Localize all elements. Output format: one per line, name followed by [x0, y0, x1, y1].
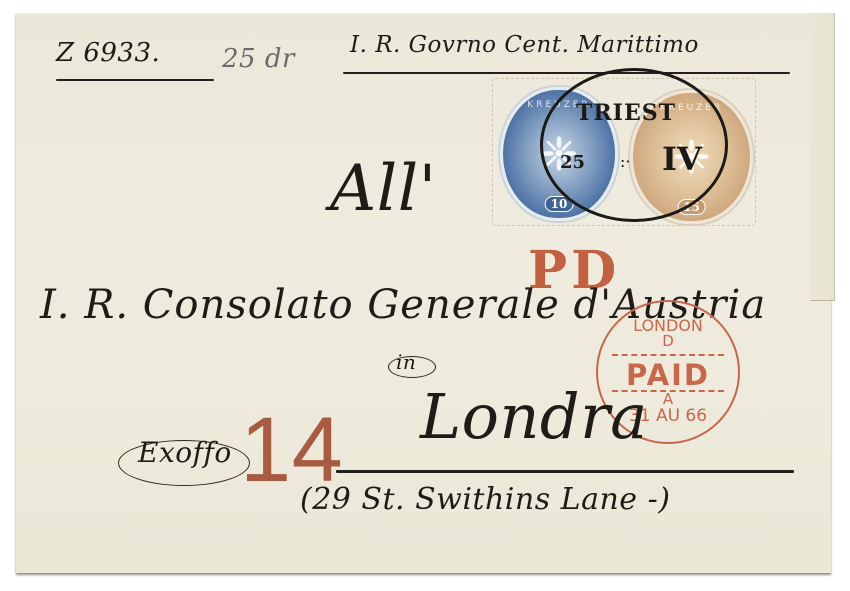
trieste-cancel-day: 25: [560, 152, 585, 173]
trieste-cancel-month: IV: [662, 140, 702, 178]
sender-underline: [343, 72, 790, 74]
sender-line: I. R. Govrno Cent. Marittimo: [350, 32, 699, 58]
salutation: All': [330, 152, 437, 226]
reference-number: Z 6933.: [56, 38, 160, 68]
reference-underline: [56, 79, 214, 81]
endorsement: Exoffo: [138, 436, 232, 469]
city-name: Londra: [420, 380, 648, 453]
folded-flap: [810, 13, 835, 301]
city-underline: [336, 470, 794, 473]
trieste-cancel-town: TRIEST: [576, 100, 676, 126]
preposition: in: [396, 350, 416, 374]
trieste-cancel-dots: :·: [620, 152, 630, 171]
paid-divider: [612, 354, 724, 356]
street-address: (29 St. Swithins Lane -): [300, 482, 670, 517]
paid-sub-text: D: [598, 332, 738, 350]
pencil-note: 25 dr: [222, 44, 295, 74]
